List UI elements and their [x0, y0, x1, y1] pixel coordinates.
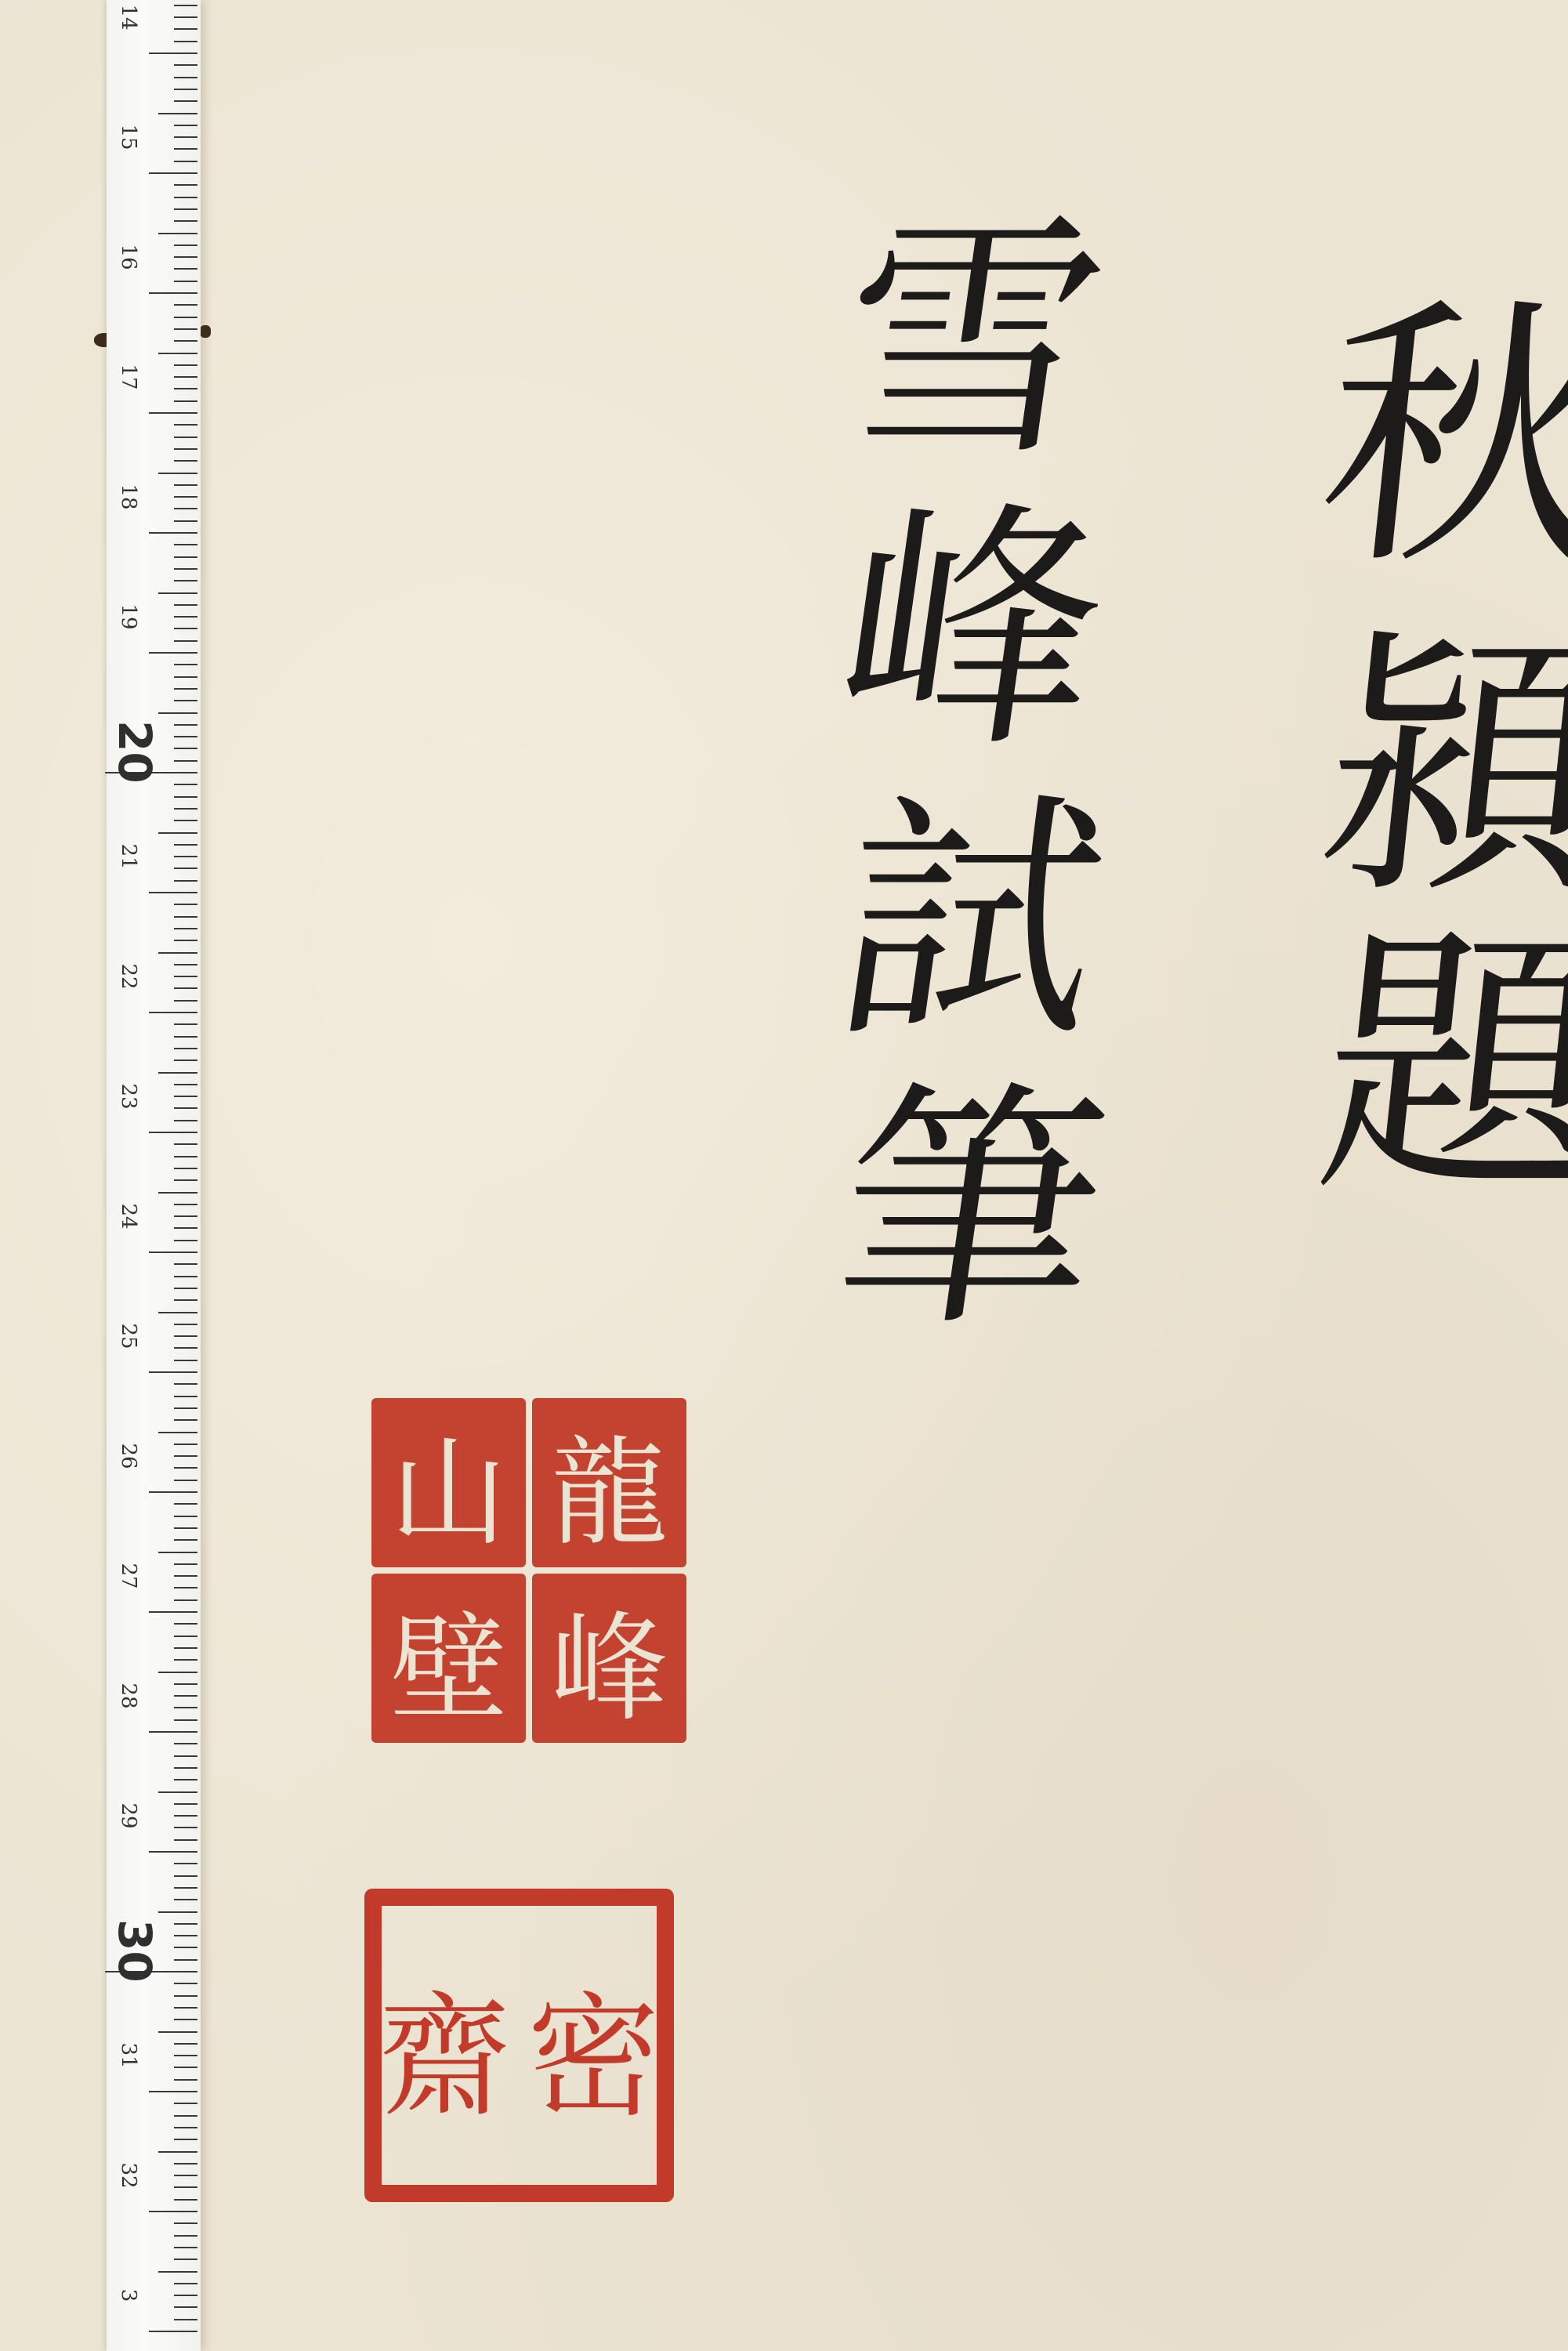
ruler-tick [174, 964, 197, 965]
ruler-tick [158, 1791, 197, 1793]
ruler-tick [174, 2163, 197, 2164]
ruler-tick [149, 1611, 197, 1613]
ruler-tick [158, 1911, 197, 1913]
ruler-tick [174, 328, 197, 330]
ruler-tick [149, 2091, 197, 2092]
ruler-tick [174, 1839, 197, 1841]
ruler-tick [174, 1575, 197, 1577]
ruler-tick [158, 353, 197, 354]
ruler-tick [158, 1192, 197, 1194]
ruler-tick [174, 1204, 197, 1205]
ruler-tick [174, 197, 197, 198]
ruler-tick [174, 1767, 197, 1769]
ruler-label: 15 [117, 121, 140, 153]
ruler-tick [174, 448, 197, 450]
ruler-label: 24 [117, 1201, 140, 1232]
ruler-tick [174, 2175, 197, 2176]
ruler-tick [174, 1036, 197, 1038]
ruler-tick [174, 2079, 197, 2081]
ruler-tick [174, 484, 197, 486]
ruler-tick [174, 400, 197, 402]
ruler-tick [174, 281, 197, 282]
ruler-tick [174, 1156, 197, 1157]
ruler-tick [174, 1636, 197, 1637]
ruler-tick [158, 233, 197, 234]
ruler-tick [174, 1659, 197, 1661]
ruler-tick [174, 1516, 197, 1517]
ruler-tick [158, 2031, 197, 2033]
character: 潁 [1309, 627, 1568, 909]
ruler-tick [174, 1719, 197, 1721]
seal-upper: 山 龍 壁 峰 [368, 1395, 690, 1704]
ruler-tick [174, 100, 197, 102]
ruler-tick [174, 1983, 197, 1984]
ruler-tick [174, 856, 197, 857]
calligraphy-right-column: 秋 潁 題 [1324, 0, 1568, 1207]
ruler-tick [149, 1731, 197, 1733]
ruler-tick [174, 868, 197, 869]
ruler-tick [174, 1623, 197, 1625]
character: 題 [1309, 925, 1568, 1207]
ruler-tick [174, 437, 197, 438]
ruler-tick [174, 1276, 197, 1277]
seal-character: 密 [527, 1950, 661, 2142]
ruler-tick [174, 1863, 197, 1864]
ruler-label: 20 [108, 720, 161, 767]
ruler-tick [174, 2115, 197, 2117]
ruler-label: 29 [117, 1800, 140, 1831]
ruler-tick [174, 2103, 197, 2104]
ruler-tick [174, 1803, 197, 1805]
ruler-label: 31 [117, 2040, 140, 2071]
ruler-tick [174, 245, 197, 246]
ruler-tick [174, 2306, 197, 2308]
ruler-tick [174, 2283, 197, 2284]
ruler-tick [174, 28, 197, 30]
ruler-tick [174, 208, 197, 210]
ruler-tick [174, 1023, 197, 1025]
ruler-tick [174, 41, 197, 42]
ruler-label: 19 [117, 601, 140, 632]
ruler-tick [158, 113, 197, 114]
ruler-tick [149, 53, 197, 54]
ruler-tick [174, 1959, 197, 1961]
seal-character: 山 [371, 1398, 526, 1567]
ruler-label: 18 [117, 481, 140, 513]
ruler-tick [149, 1371, 197, 1373]
ruler-tick [174, 1599, 197, 1601]
ruler-tick [174, 2222, 197, 2224]
ruler-tick [174, 1048, 197, 1049]
ruler-tick [174, 1168, 197, 1169]
ink-stain [200, 325, 211, 338]
ruler-tick [174, 1467, 197, 1469]
ruler-tick [174, 844, 197, 846]
ruler-tick [158, 1552, 197, 1553]
calligraphy-signature-column: 雪 峰 試 筆 [815, 212, 1128, 1340]
ruler-tick [174, 1527, 197, 1529]
ruler-label: 22 [117, 961, 140, 992]
ruler-tick [174, 676, 197, 678]
character: 筆 [824, 1081, 1119, 1340]
ruler-tick [174, 1743, 197, 1744]
ruler-tick [158, 952, 197, 954]
ruler-tick [174, 748, 197, 749]
ruler-tick [174, 1084, 197, 1085]
ruler-tick [174, 1299, 197, 1301]
ruler-label: 27 [117, 1560, 140, 1592]
ruler-tick [174, 1695, 197, 1697]
ruler-tick [174, 1215, 197, 1217]
ruler-tick [174, 616, 197, 618]
ruler-tick [174, 1143, 197, 1145]
ruler-tick [174, 2199, 197, 2201]
ruler-tick [174, 1444, 197, 1445]
ruler-tick [149, 652, 197, 654]
ruler-tick [174, 340, 197, 342]
ruler-tick [174, 16, 197, 18]
ruler-tick [174, 496, 197, 498]
ruler-tick [174, 64, 197, 66]
ruler-tick [174, 376, 197, 378]
ruler-tick [158, 1432, 197, 1433]
measuring-tape: 141516171819202122232425262728293031323 [107, 0, 201, 2351]
ruler-tick [174, 1875, 197, 1877]
ruler-label: 17 [117, 361, 140, 393]
ruler-tick [174, 1587, 197, 1588]
ruler-tick [174, 1360, 197, 1361]
ruler-tick [174, 256, 197, 258]
ruler-tick [174, 220, 197, 222]
ruler-tick [158, 1312, 197, 1313]
ruler-tick [174, 1263, 197, 1265]
ruler-tick [174, 928, 197, 929]
ruler-tick [174, 604, 197, 606]
ruler-tick [149, 1012, 197, 1013]
seal-character: 峰 [532, 1574, 686, 1743]
ruler-tick [149, 1851, 197, 1853]
ruler-label: 32 [117, 2160, 140, 2191]
ruler-tick [174, 1288, 197, 1289]
ruler-tick [174, 820, 197, 821]
ruler-tick [174, 1227, 197, 1229]
ruler-tick [174, 628, 197, 629]
ruler-label: 16 [117, 241, 140, 273]
ruler-tick [174, 1419, 197, 1421]
ruler-tick [174, 2043, 197, 2045]
ruler-tick [174, 364, 197, 366]
ruler-tick [174, 424, 197, 426]
ruler-tick [158, 473, 197, 474]
ruler-tick [174, 388, 197, 389]
ruler-tick [174, 2019, 197, 2020]
ruler-tick [149, 1252, 197, 1253]
ruler-tick [174, 1947, 197, 1948]
ruler-tick [149, 2331, 197, 2332]
ruler-tick [174, 1887, 197, 1889]
ruler-tick [174, 1707, 197, 1708]
ruler-tick [174, 1563, 197, 1565]
ruler-tick [174, 2235, 197, 2237]
ruler-tick [174, 2139, 197, 2140]
ruler-tick [174, 1383, 197, 1385]
ruler-tick [158, 2271, 197, 2273]
ruler-tick [174, 1107, 197, 1109]
ruler-tick [174, 700, 197, 701]
ruler-tick [174, 1815, 197, 1817]
ruler-tick [174, 1324, 197, 1325]
ruler-tick [174, 1240, 197, 1241]
ruler-tick [158, 592, 197, 594]
ruler-tick [174, 1096, 197, 1097]
ruler-tick [174, 796, 197, 798]
ruler-tick [174, 317, 197, 318]
character: 雪 [824, 212, 1119, 470]
ruler-label: 3 [117, 2280, 140, 2311]
ruler-tick [174, 1683, 197, 1685]
ruler-tick [149, 172, 197, 174]
ruler-label: 25 [117, 1320, 140, 1352]
ruler-tick [174, 1407, 197, 1409]
ruler-label: 26 [117, 1440, 140, 1472]
ruler-tick [174, 148, 197, 150]
ruler-tick [149, 2211, 197, 2212]
ruler-tick [174, 2007, 197, 2009]
ruler-tick [158, 832, 197, 834]
ruler-tick [174, 916, 197, 918]
ruler-tick [174, 1179, 197, 1181]
ruler-tick [174, 1335, 197, 1337]
ruler-tick [174, 1539, 197, 1541]
ruler-tick [174, 1923, 197, 1925]
ruler-tick [174, 304, 197, 306]
ruler-tick [174, 808, 197, 810]
ruler-tick [174, 736, 197, 737]
seal-lower: 齋 密 [364, 1889, 674, 2202]
ruler-tick [174, 1935, 197, 1936]
ruler-tick [174, 2259, 197, 2260]
ruler-tick [174, 5, 197, 6]
ruler-tick [174, 2055, 197, 2056]
ruler-tick [174, 161, 197, 162]
ruler-tick [174, 136, 197, 138]
ruler-tick [174, 89, 197, 90]
ruler-tick [174, 1455, 197, 1457]
character: 秋 [1309, 298, 1568, 580]
ruler-tick [174, 976, 197, 977]
ruler-tick [174, 1647, 197, 1649]
ruler-tick [174, 1120, 197, 1121]
ruler-label: 28 [117, 1680, 140, 1712]
ruler-tick [174, 987, 197, 989]
ruler-tick [174, 580, 197, 581]
ruler-tick [174, 125, 197, 126]
ruler-tick [174, 760, 197, 762]
seal-character: 齋 [378, 1950, 511, 2142]
ruler-tick [174, 1779, 197, 1780]
ruler-tick [174, 1503, 197, 1505]
ruler-tick [174, 2186, 197, 2188]
ruler-label: 21 [117, 841, 140, 872]
ruler-tick [174, 1899, 197, 1900]
ruler-tick [174, 2127, 197, 2128]
ruler-tick [174, 1396, 197, 1397]
ruler-tick [174, 880, 197, 882]
ruler-label: 14 [117, 2, 140, 33]
seal-character: 龍 [532, 1398, 686, 1567]
ruler-tick [149, 412, 197, 414]
ruler-tick [174, 664, 197, 665]
ruler-tick [174, 1995, 197, 1997]
ruler-tick [174, 556, 197, 558]
ruler-tick [174, 2247, 197, 2248]
ruler-tick [149, 1491, 197, 1493]
ruler-tick [158, 1072, 197, 1074]
ruler-tick [174, 520, 197, 522]
ruler-tick [174, 1827, 197, 1828]
ruler-label: 23 [117, 1081, 140, 1112]
ruler-tick [174, 904, 197, 905]
ruler-tick [149, 292, 197, 294]
ruler-tick [158, 712, 197, 714]
ruler-tick [174, 508, 197, 509]
ruler-tick [174, 688, 197, 690]
ruler-tick [174, 640, 197, 642]
ruler-tick [174, 460, 197, 462]
ruler-tick [174, 940, 197, 941]
ruler-tick [174, 268, 197, 270]
ruler-tick [174, 2295, 197, 2296]
ruler-tick [158, 1672, 197, 1673]
ruler-tick [149, 892, 197, 893]
ruler-tick [174, 544, 197, 545]
ruler-tick [149, 532, 197, 534]
ruler-tick [174, 1060, 197, 1061]
ruler-tick [174, 1480, 197, 1481]
ruler-tick [149, 1132, 197, 1133]
ruler-tick [174, 568, 197, 570]
ruler-tick [174, 77, 197, 78]
ruler-tick [174, 1000, 197, 1002]
seal-character: 壁 [371, 1574, 526, 1743]
ruler-tick [174, 184, 197, 186]
ruler-label: 30 [108, 1919, 161, 1966]
character: 峰 [824, 502, 1119, 760]
ruler-tick [174, 1347, 197, 1349]
ruler-tick [174, 2067, 197, 2068]
character: 試 [824, 792, 1119, 1050]
ruler-tick [174, 1755, 197, 1757]
ruler-tick [158, 2151, 197, 2153]
ruler-tick [174, 724, 197, 726]
ruler-tick [174, 784, 197, 785]
ruler-tick [174, 2319, 197, 2320]
